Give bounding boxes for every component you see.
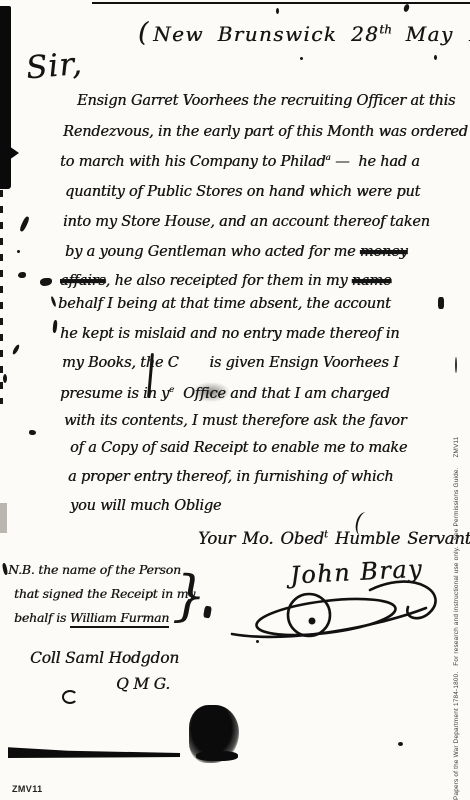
ink-speck — [403, 3, 410, 12]
ink-speck — [455, 357, 457, 373]
letter-line: of a Copy of said Receipt to enable me t… — [70, 440, 407, 456]
ink-speck — [17, 250, 20, 253]
line-text: presume is in y — [60, 386, 169, 402]
underlined-name: William Furman — [70, 610, 169, 628]
dateline-superscript: th — [379, 22, 392, 36]
struck-word: money — [360, 244, 408, 260]
scan-edge-shadow — [0, 503, 7, 533]
postscript-line: N.B. the name of the Person — [8, 562, 181, 577]
ink-speck — [62, 690, 78, 704]
scan-edge-dashes — [0, 190, 3, 404]
dateline-date: May 1794 — [392, 22, 470, 46]
letter-line: my Books, the C is given Ensign Voorhees… — [62, 355, 399, 371]
letter-line: a proper entry thereof, in furnishing of… — [68, 469, 393, 485]
addressee-name: Coll Saml Hodgdon — [30, 649, 179, 667]
ink-speck — [40, 278, 52, 286]
letter-line: by a young Gentleman who acted for me mo… — [65, 244, 407, 260]
postscript-line: behalf is William Furman — [14, 610, 169, 625]
ink-speck — [398, 742, 403, 746]
ink-speck — [256, 640, 259, 643]
letter-line: he kept is mislaid and no entry made the… — [60, 326, 399, 342]
postscript-brace: } — [172, 556, 206, 636]
ink-speck — [203, 605, 212, 618]
letter-line: you will much Oblige — [70, 498, 221, 514]
ink-speck — [18, 272, 26, 278]
line-text: by a young Gentleman who acted for me — [65, 244, 360, 260]
document-code: ZMV11 — [12, 784, 43, 794]
postscript-text: behalf is — [14, 610, 70, 625]
ink-speck — [276, 8, 279, 14]
ink-smudge — [8, 746, 180, 758]
struck-word: affairs — [60, 273, 106, 289]
letter-line: to march with his Company to Philada — h… — [60, 153, 420, 170]
margin-usage-note: Papers of the War Department 1784-1800. … — [453, 424, 467, 800]
ink-speck — [12, 344, 21, 356]
ink-blot — [192, 382, 230, 402]
ink-blob — [196, 751, 238, 761]
scan-binding-bar — [0, 6, 11, 189]
dateline-place: New Brunswick 28 — [153, 22, 379, 46]
struck-word: name — [352, 273, 392, 289]
ink-speck — [434, 55, 437, 60]
letter-line: behalf I being at that time absent, the … — [58, 296, 391, 312]
ink-speck — [29, 430, 36, 435]
scan-binding-bar-notch — [9, 146, 19, 160]
line-text: — he had a — [331, 154, 420, 170]
letter-line: Rendezvous, in the early part of this Mo… — [63, 124, 468, 140]
letter-line: affairs, he also receipted for them in m… — [60, 273, 391, 289]
ink-speck — [19, 216, 30, 233]
scan-edge-line — [92, 2, 470, 4]
ink-speck — [300, 57, 303, 60]
postscript-line: that signed the Receipt in my — [14, 586, 195, 601]
salutation: Sir, — [25, 46, 84, 87]
pen-flourish-icon: ( — [138, 18, 148, 48]
letter-line: Ensign Garret Voorhees the recruiting Of… — [77, 93, 455, 109]
letter-line: into my Store House, and an account ther… — [63, 214, 430, 230]
letter-line: with its contents, I must therefore ask … — [64, 413, 406, 429]
line-text: , he also receipted for them in my — [106, 273, 352, 289]
ink-speck — [52, 320, 57, 333]
addressee-title: Q M G. — [116, 675, 170, 693]
closing-text: Humble Servants — [328, 529, 470, 548]
closing-text: Your Mo. Obed — [198, 529, 324, 548]
closing: Your Mo. Obedt Humble Servants — [198, 529, 470, 548]
dateline: (New Brunswick 28th May 1794 — [138, 18, 470, 48]
line-text: to march with his Company to Philad — [60, 154, 326, 170]
ink-speck — [50, 296, 57, 307]
ink-speck — [438, 297, 444, 309]
scanned-letter-page: (New Brunswick 28th May 1794 Sir, Ensign… — [0, 0, 470, 800]
letter-line: quantity of Public Stores on hand which … — [65, 184, 420, 200]
ink-speck — [3, 374, 7, 383]
